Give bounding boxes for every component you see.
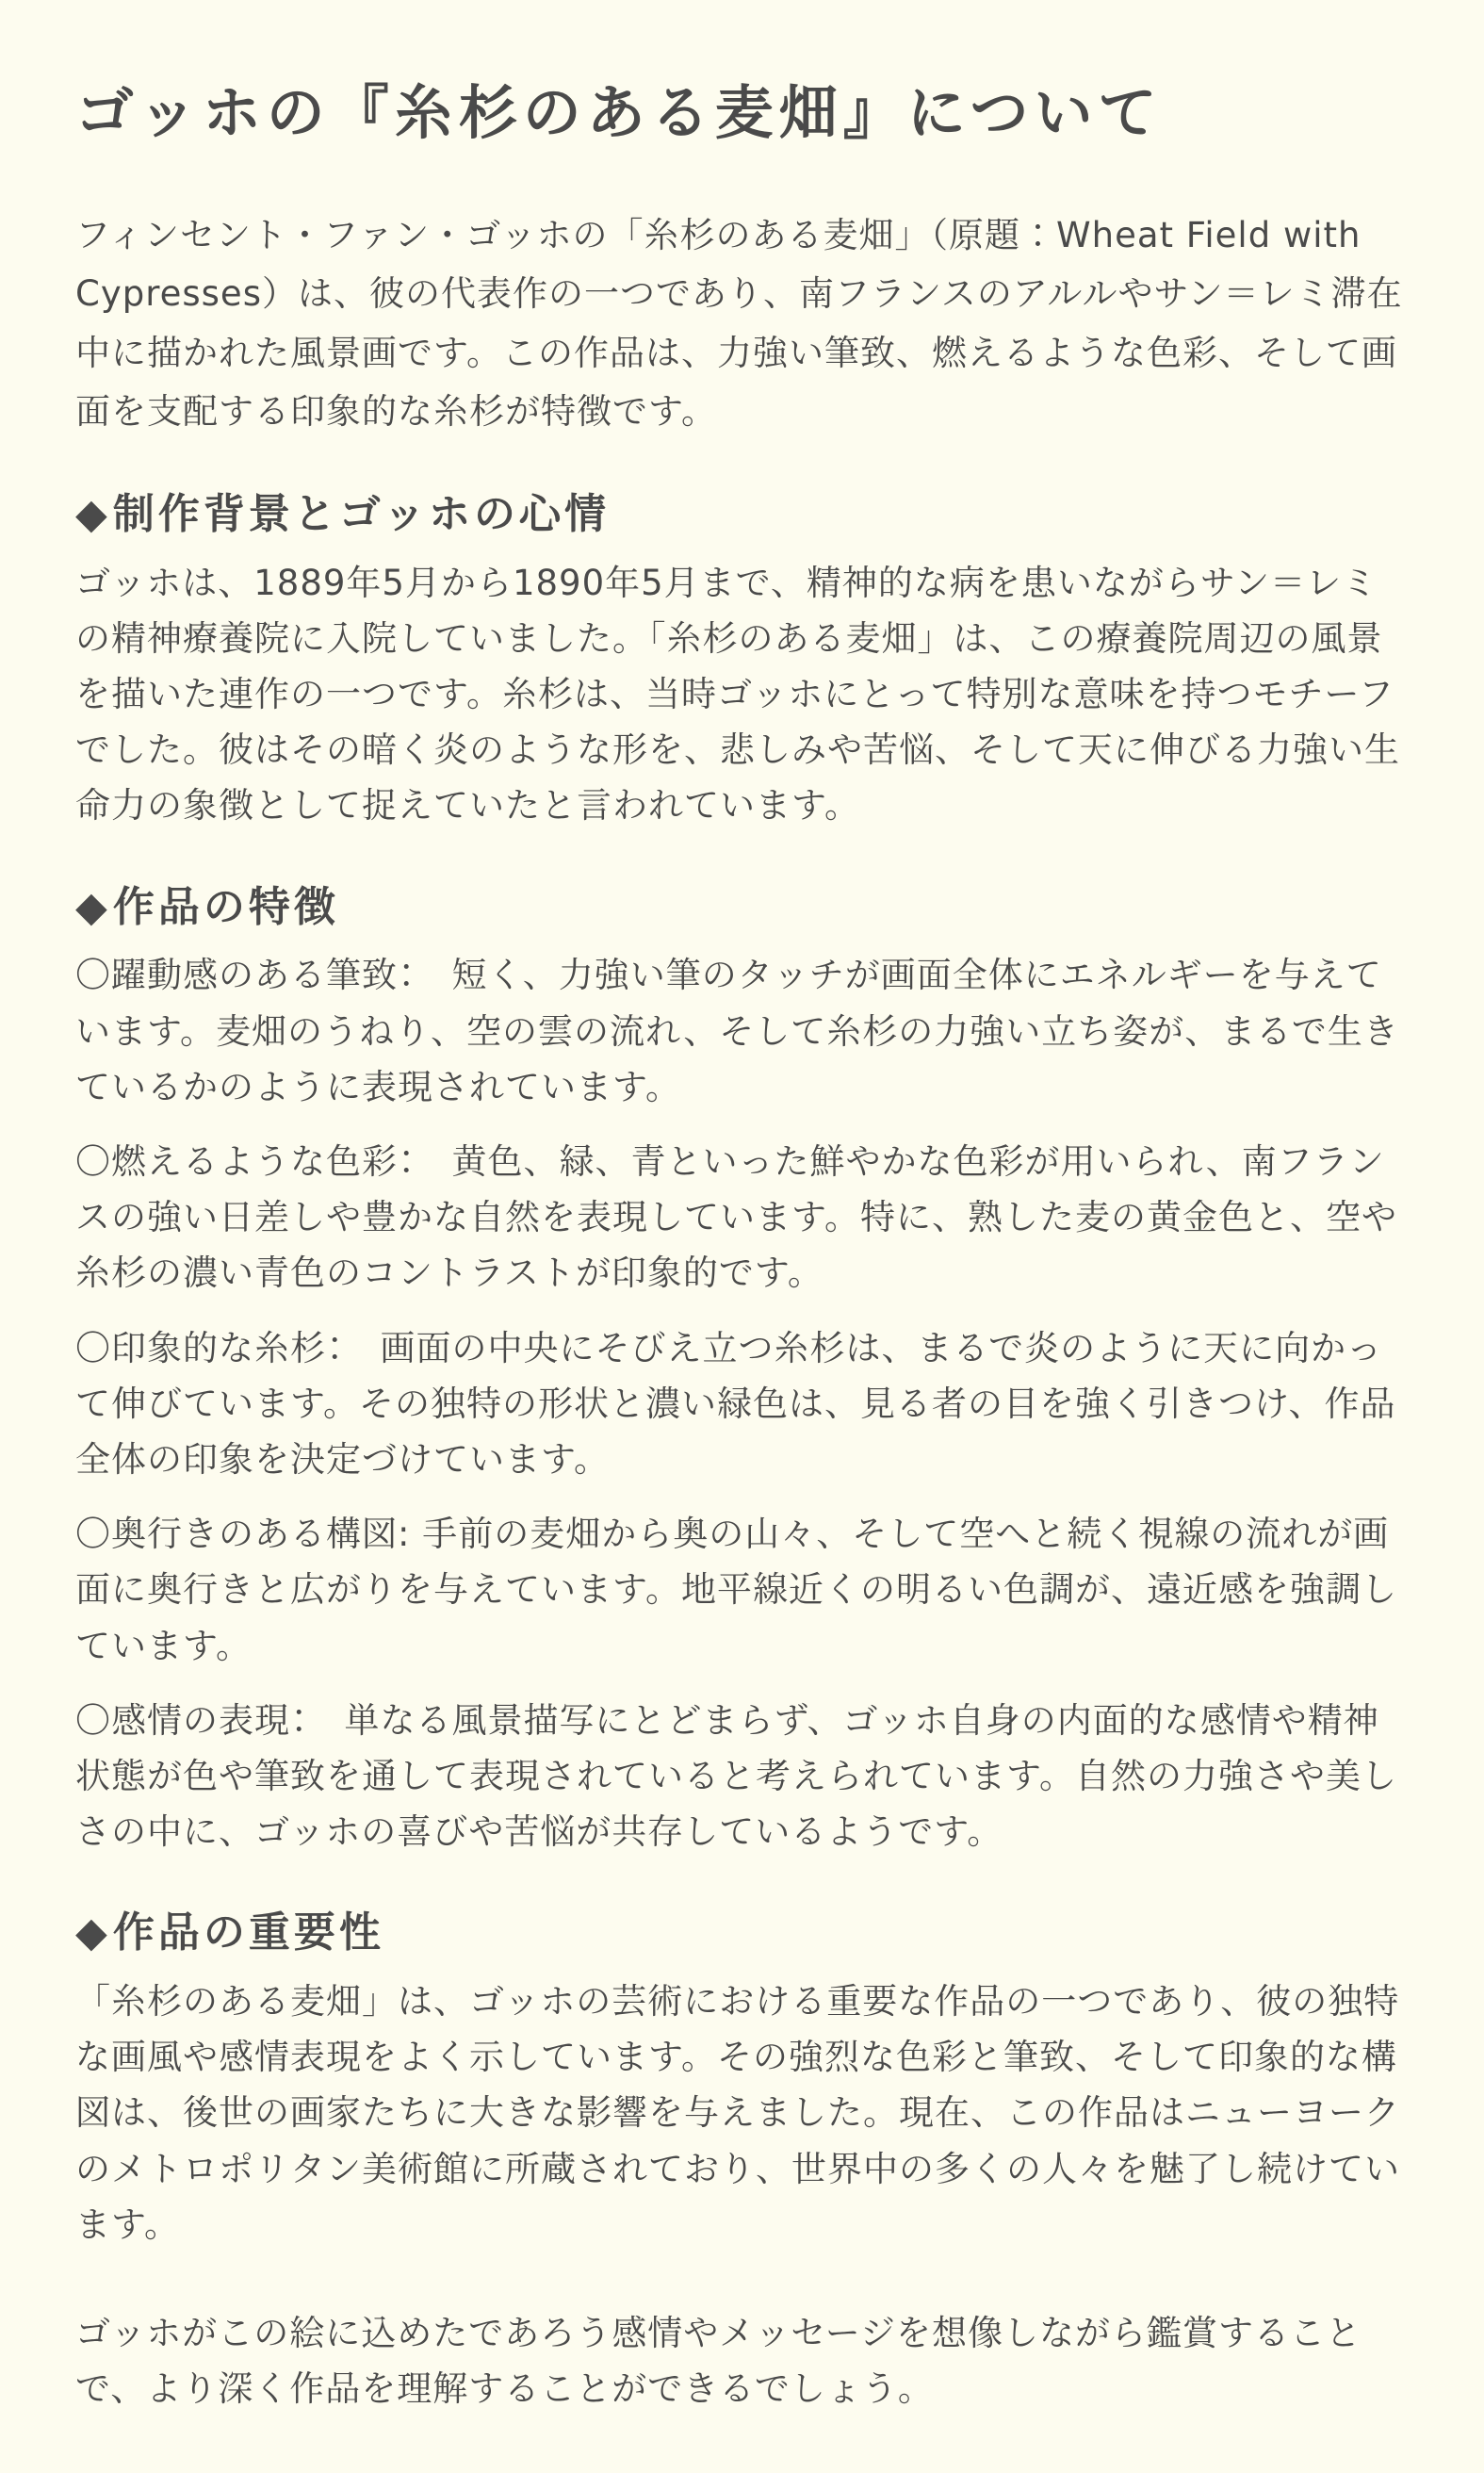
section-heading-background: ◆制作背景とゴッホの心情 [75,490,1411,540]
bullet-emotion: 〇感情の表現： 単なる風景描写にとどまらず、ゴッホ自身の内面的な感情や精神状態が… [75,1693,1411,1860]
bullet-brushwork: 〇躍動感のある筆致： 短く、力強い筆のタッチが画面全体にエネルギーを与えています… [75,947,1411,1115]
section-heading-characteristics: ◆作品の特徴 [75,883,1411,933]
page-title: ゴッホの『糸杉のある麦畑』について [75,79,1411,146]
intro-paragraph: フィンセント・ファン・ゴッホの「糸杉のある麦畑」（原題：Wheat Field … [75,206,1411,441]
section-background-paragraph: ゴッホは、1889年5月から1890年5月まで、精神的な病を患いながらサン＝レミ… [75,555,1411,834]
article-page: ゴッホの『糸杉のある麦畑』について フィンセント・ファン・ゴッホの「糸杉のある麦… [0,0,1484,2473]
diamond-bullet-icon: ◆ [75,1908,111,1957]
section-heading-importance: ◆作品の重要性 [75,1908,1411,1958]
document-page: { "page": { "bg_color": "#fdfcef", "text… [0,0,1484,2473]
diamond-bullet-icon: ◆ [75,883,111,931]
section-heading-label: 作品の特徴 [113,883,339,931]
diamond-bullet-icon: ◆ [75,490,111,538]
bullet-cypress: 〇印象的な糸杉： 画面の中央にそびえ立つ糸杉は、まるで炎のように天に向かって伸び… [75,1320,1411,1488]
bullet-colors: 〇燃えるような色彩： 黄色、緑、青といった鮮やかな色彩が用いられ、南フランスの強… [75,1134,1411,1302]
section-importance-paragraph: 「糸杉のある麦畑」は、ゴッホの芸術における重要な作品の一つであり、彼の独特な画風… [75,1973,1411,2252]
bullet-composition: 〇奥行きのある構図: 手前の麦畑から奥の山々、そして空へと続く視線の流れが画面に… [75,1506,1411,1674]
section-heading-label: 作品の重要性 [113,1908,384,1957]
section-heading-label: 制作背景とゴッホの心情 [113,490,610,538]
closing-paragraph: ゴッホがこの絵に込めたであろう感情やメッセージを想像しながら鑑賞することで、より… [75,2305,1411,2416]
